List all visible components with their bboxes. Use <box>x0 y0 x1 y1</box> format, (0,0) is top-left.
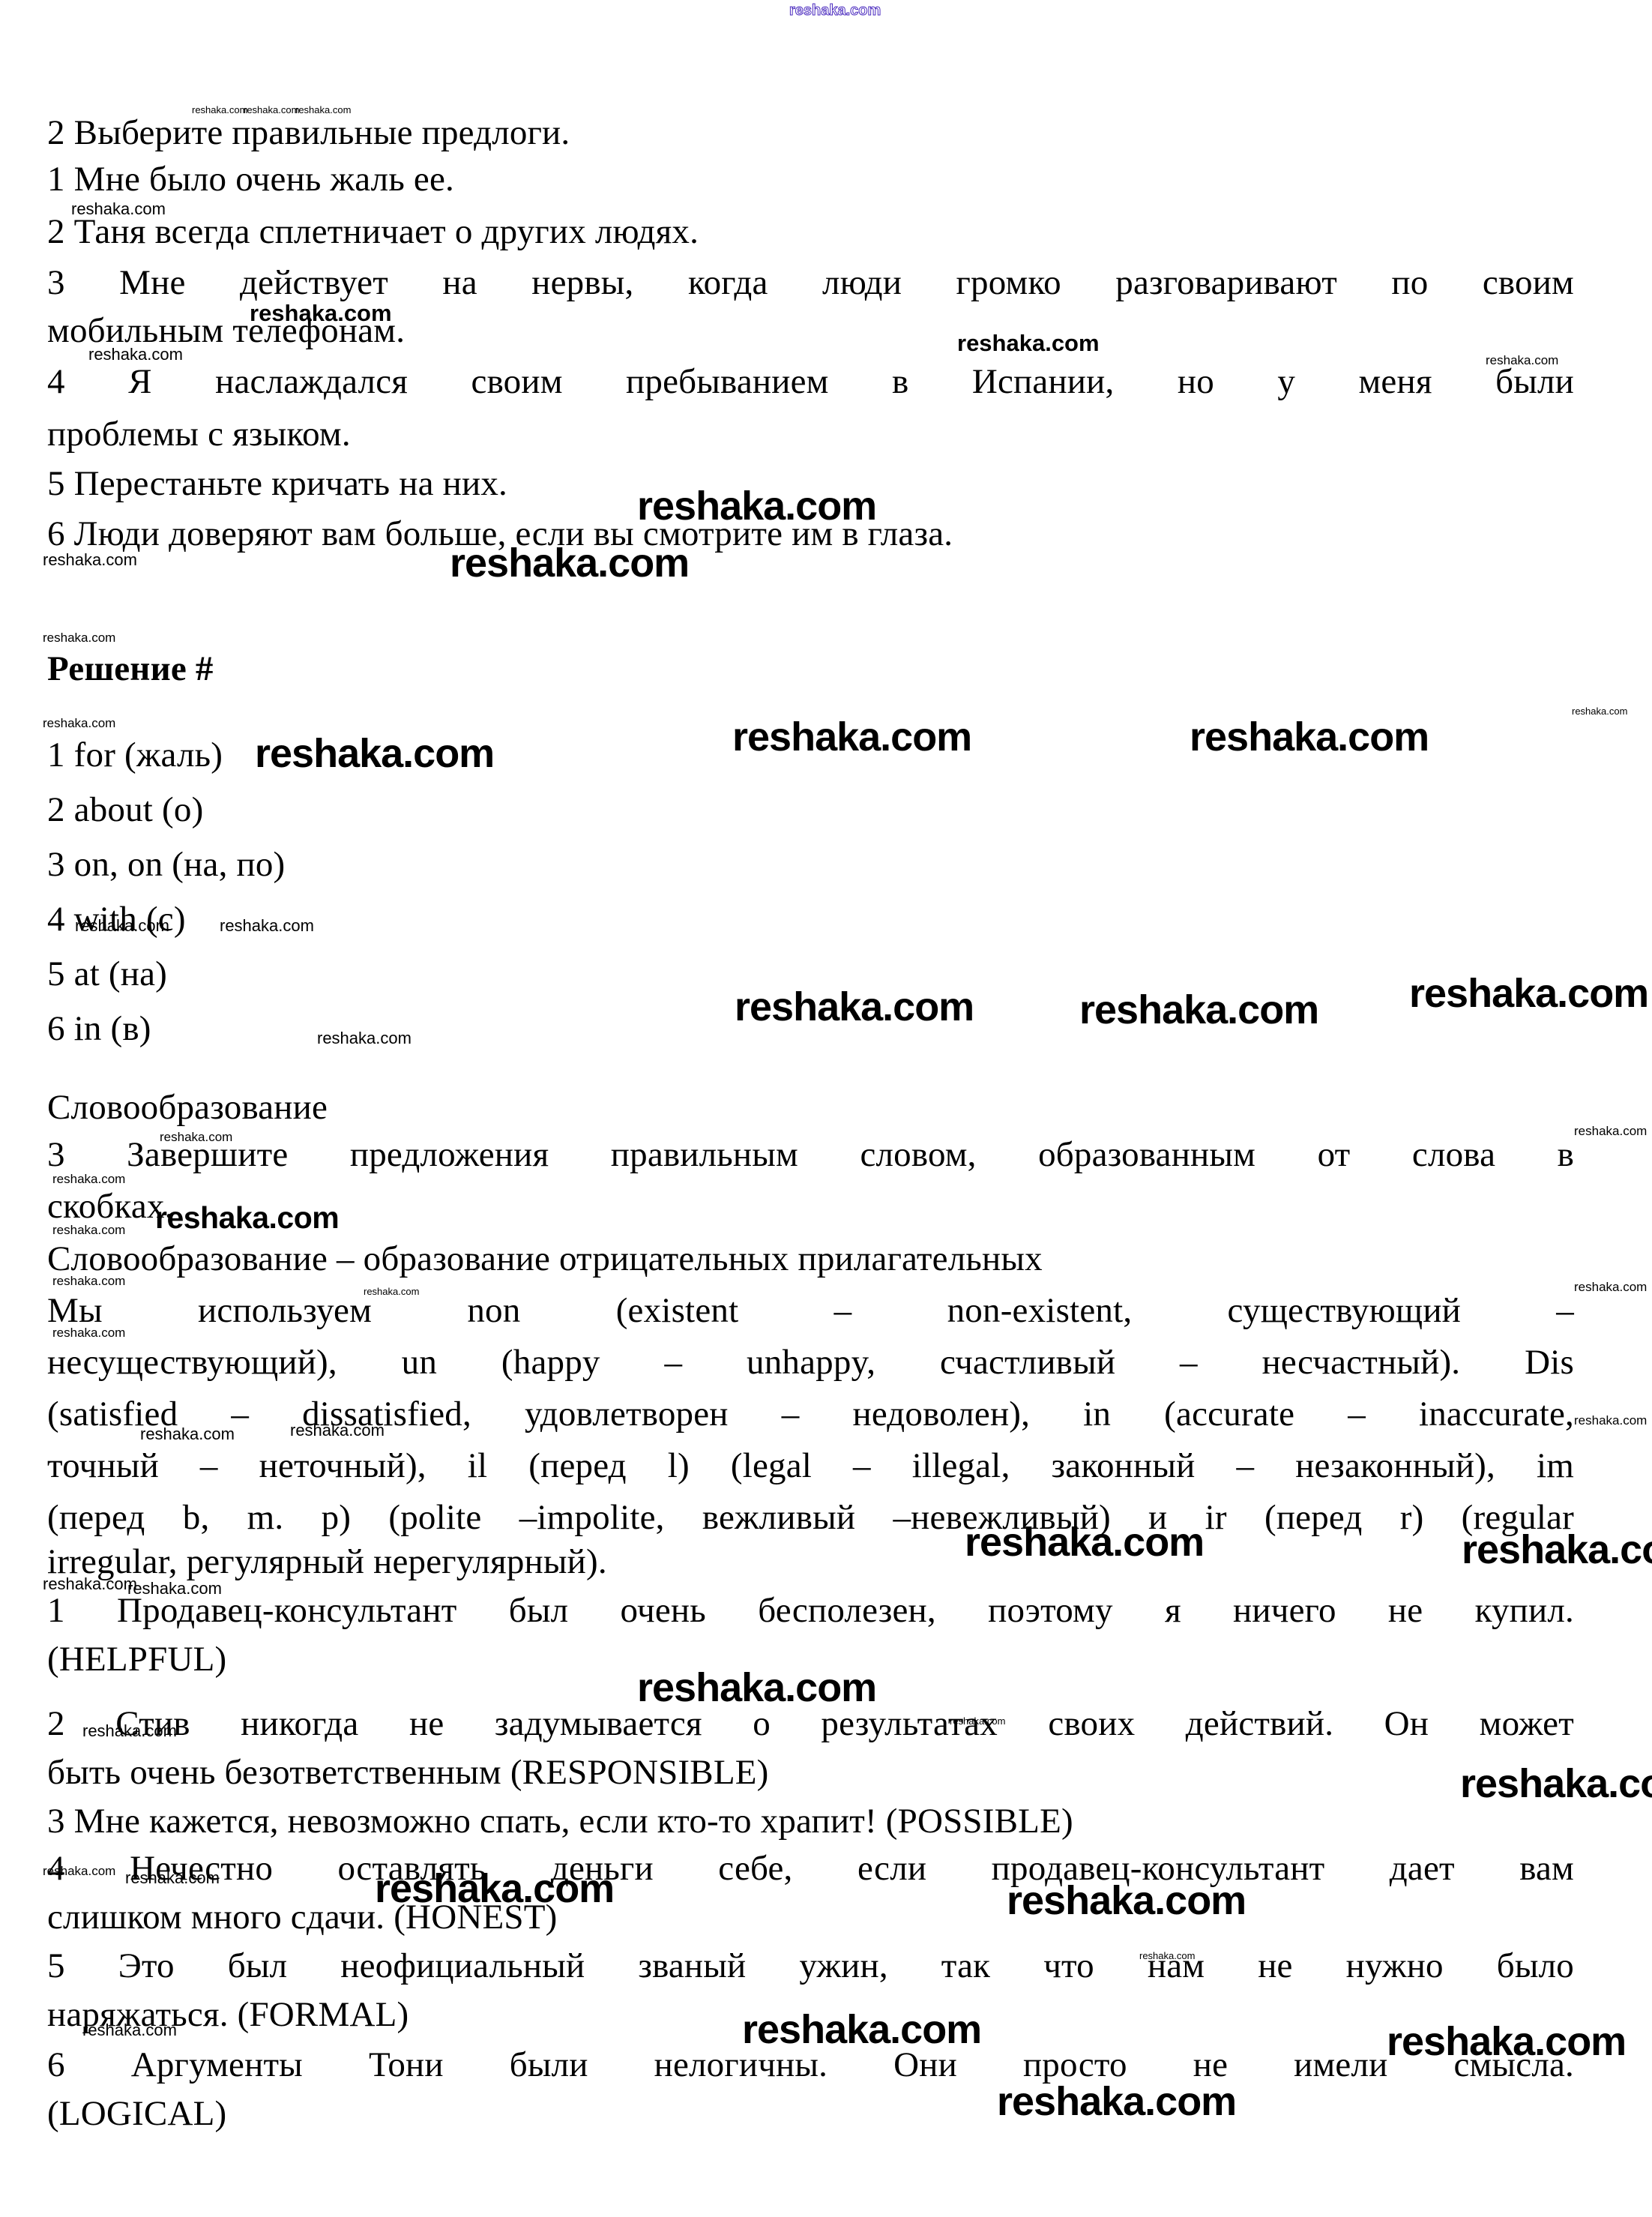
watermark-reshaka: reshaka.com <box>52 1326 125 1339</box>
watermark-reshaka: reshaka.com <box>1572 706 1627 716</box>
watermark-reshaka: reshaka.com <box>1409 973 1648 1014</box>
watermark-reshaka: reshaka.com <box>1139 1951 1195 1961</box>
watermark-reshaka: reshaka.com <box>735 987 974 1027</box>
watermark-reshaka: reshaka.com <box>950 1716 1005 1726</box>
watermark-reshaka: reshaka.com <box>140 1426 235 1443</box>
watermark-reshaka: reshaka.com <box>43 1865 115 1877</box>
watermark-reshaka: reshaka.com <box>375 1868 614 1909</box>
watermarks-layer: reshaka.comreshaka.comreshaka.comreshaka… <box>0 0 1652 2217</box>
watermark-reshaka: reshaka.com <box>82 2022 177 2039</box>
watermark-reshaka: reshaka.com <box>43 552 137 568</box>
watermark-reshaka: reshaka.com <box>244 105 299 115</box>
watermark-reshaka: reshaka.com <box>1462 1529 1652 1570</box>
watermark-reshaka: reshaka.com <box>965 1522 1204 1562</box>
watermark-reshaka: reshaka.com <box>1007 1880 1246 1921</box>
document-page: 2 Выберите правильные предлоги.1 Мне был… <box>0 0 1652 2217</box>
watermark-reshaka: reshaka.com <box>155 1203 339 1233</box>
watermark-reshaka: reshaka.com <box>295 105 351 115</box>
watermark-reshaka: reshaka.com <box>82 1723 177 1739</box>
watermark-reshaka: reshaka.com <box>255 733 494 774</box>
watermark-reshaka: reshaka.com <box>250 301 392 325</box>
watermark-reshaka: reshaka.com <box>43 717 115 730</box>
watermark-reshaka: reshaka.com <box>450 543 689 583</box>
watermark-reshaka: reshaka.com <box>1574 1125 1647 1137</box>
watermark-reshaka: reshaka.com <box>317 1030 412 1047</box>
watermark-reshaka: reshaka.com <box>1387 2021 1626 2062</box>
watermark-reshaka: reshaka.com <box>52 1173 125 1185</box>
watermark-reshaka: reshaka.com <box>125 1870 220 1886</box>
watermark-reshaka: reshaka.com <box>1079 990 1318 1030</box>
watermark-reshaka: reshaka.com <box>71 201 166 217</box>
watermark-reshaka: reshaka.com <box>1574 1414 1647 1427</box>
watermark-reshaka: reshaka.com <box>52 1275 125 1287</box>
watermark-reshaka: reshaka.com <box>1574 1281 1647 1293</box>
watermark-reshaka: reshaka.com <box>290 1422 385 1439</box>
watermark-reshaka: reshaka.com <box>364 1287 419 1296</box>
watermark-reshaka: reshaka.com <box>192 105 247 115</box>
watermark-reshaka: reshaka.com <box>789 3 881 18</box>
watermark-reshaka: reshaka.com <box>88 346 183 363</box>
watermark-reshaka: reshaka.com <box>1486 354 1558 367</box>
watermark-reshaka: reshaka.com <box>75 918 169 934</box>
watermark-reshaka: reshaka.com <box>1190 717 1429 757</box>
watermark-reshaka: reshaka.com <box>637 486 876 526</box>
watermark-reshaka: reshaka.com <box>997 2081 1236 2122</box>
watermark-reshaka: reshaka.com <box>127 1580 222 1597</box>
watermark-reshaka: reshaka.com <box>43 631 115 644</box>
watermark-reshaka: reshaka.com <box>742 2009 981 2050</box>
watermark-reshaka: reshaka.com <box>637 1667 876 1708</box>
watermark-reshaka: reshaka.com <box>43 1576 137 1592</box>
watermark-reshaka: reshaka.com <box>1460 1763 1652 1804</box>
watermark-reshaka: reshaka.com <box>160 1131 232 1143</box>
watermark-reshaka: reshaka.com <box>52 1224 125 1236</box>
watermark-reshaka: reshaka.com <box>732 717 971 757</box>
watermark-reshaka: reshaka.com <box>957 331 1100 355</box>
watermark-reshaka: reshaka.com <box>220 918 314 934</box>
